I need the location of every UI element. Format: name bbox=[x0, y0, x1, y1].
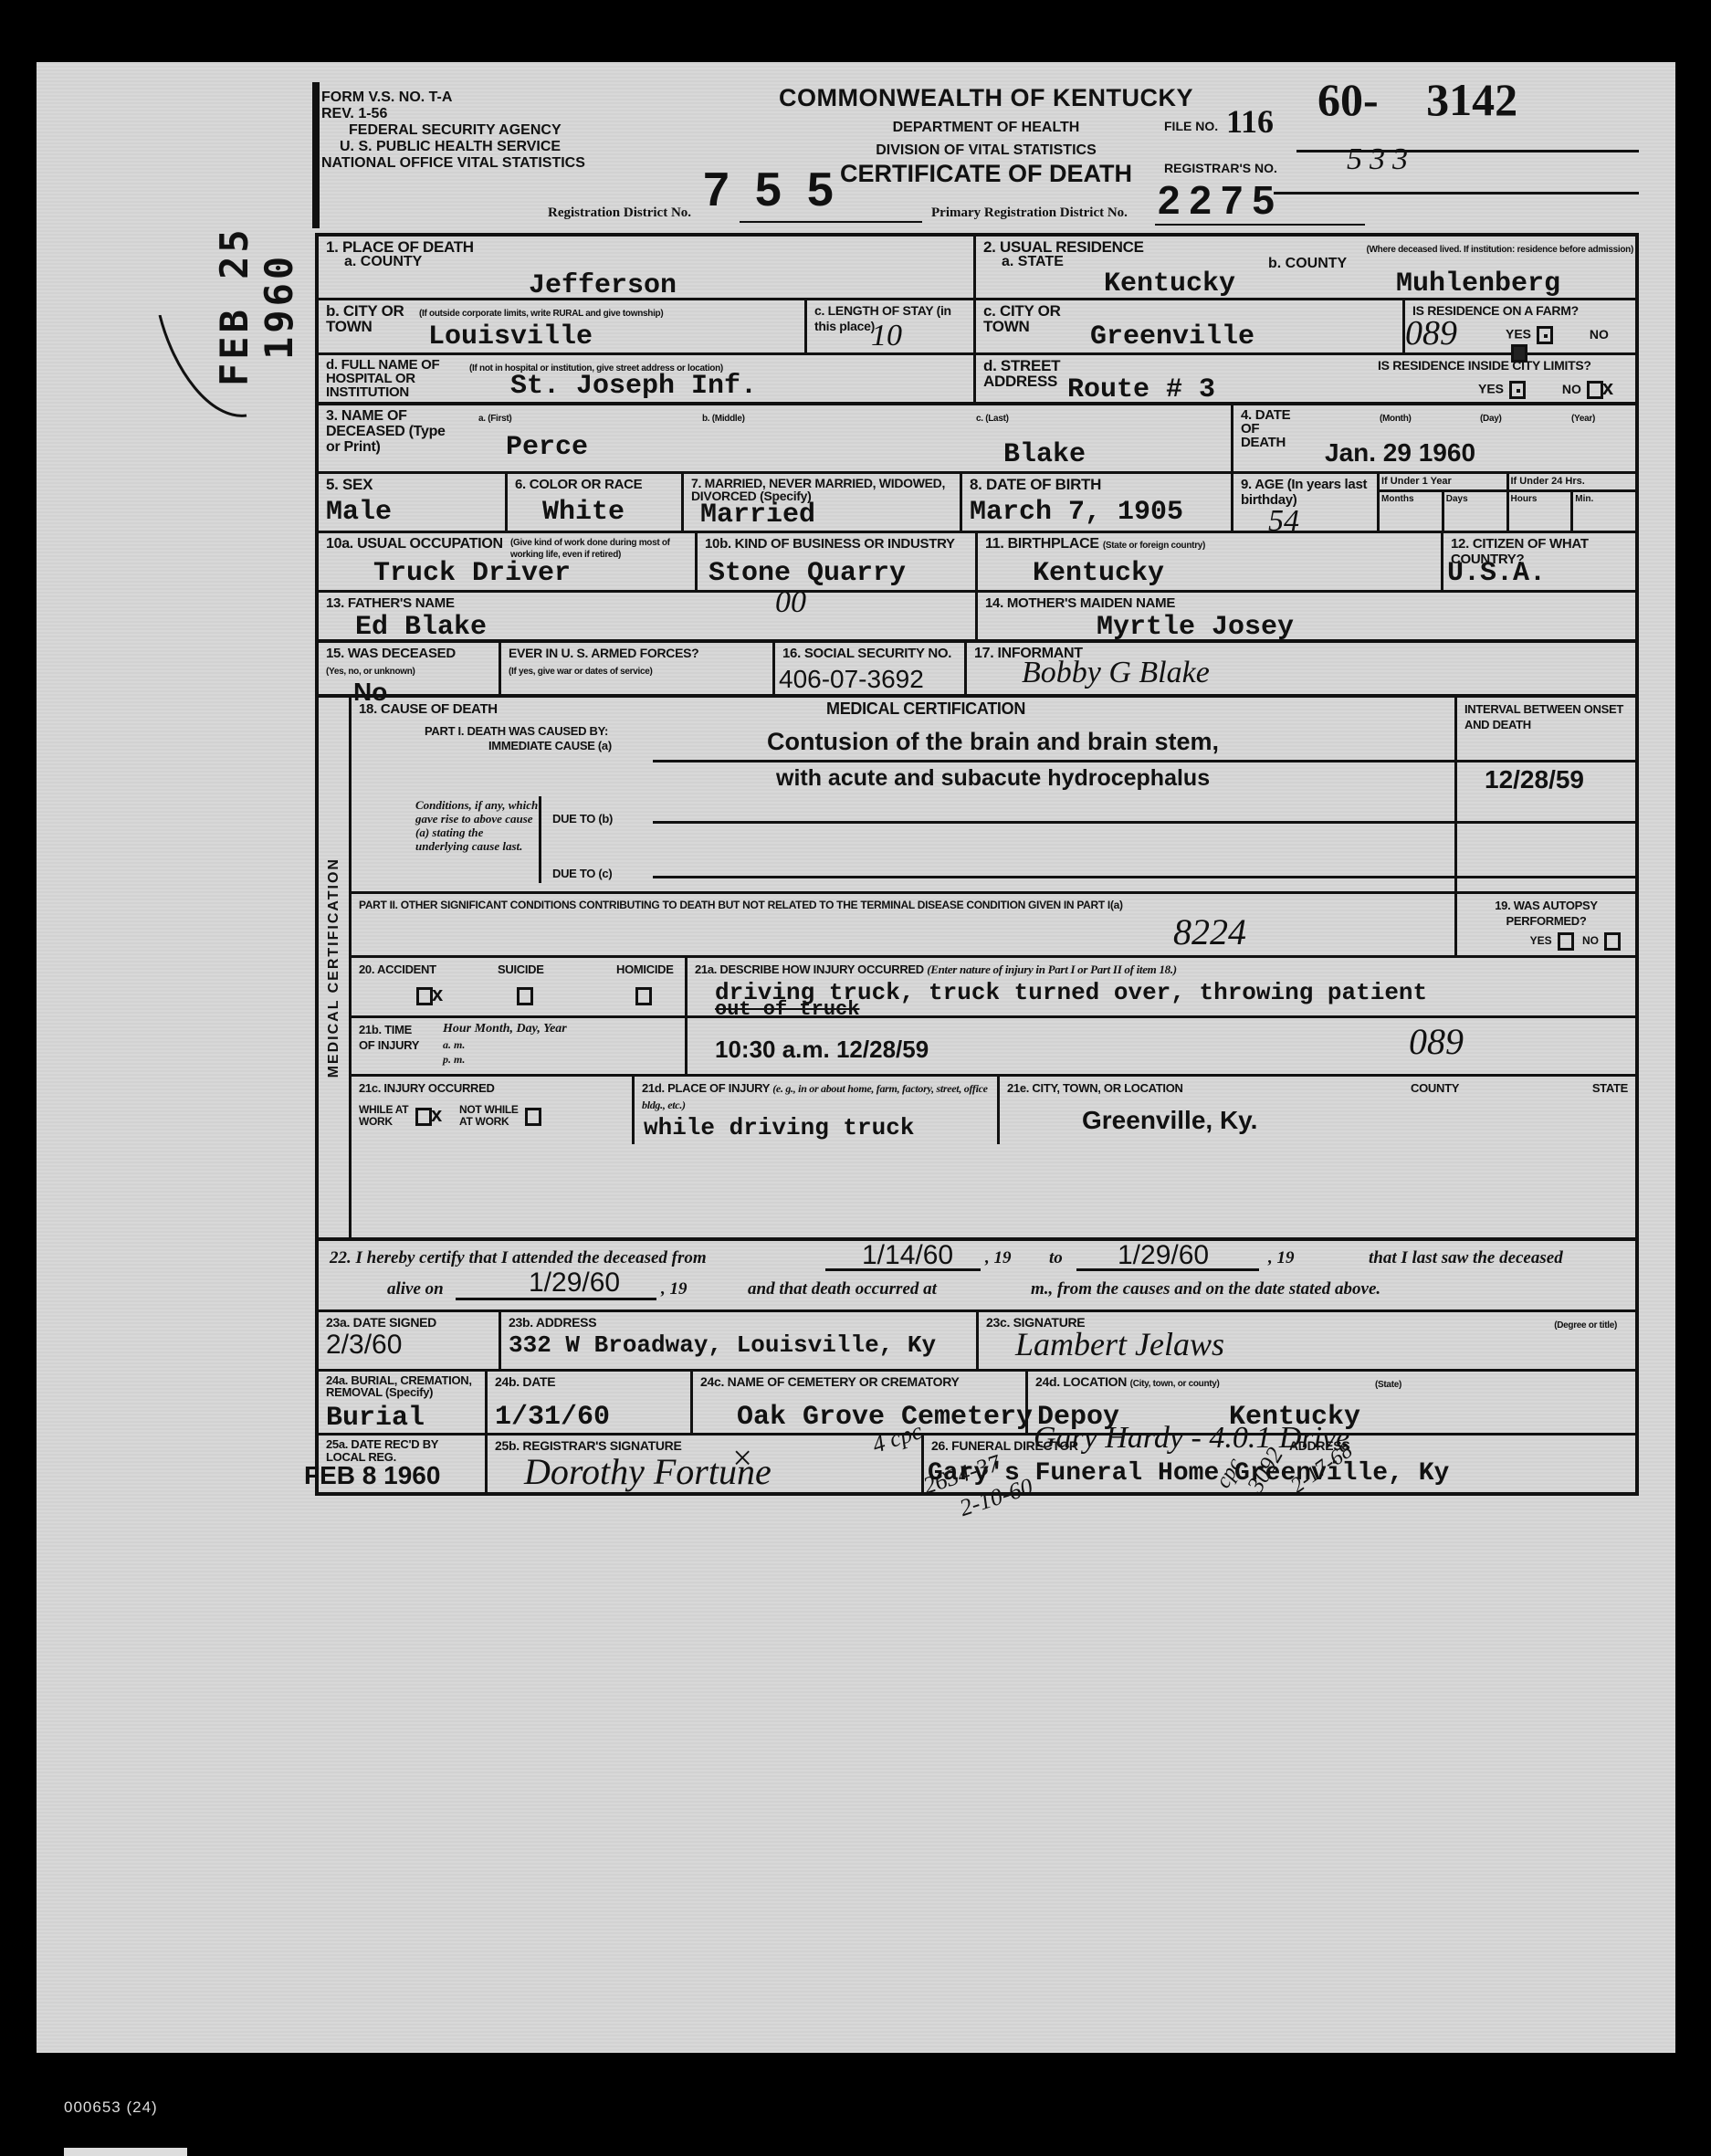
residence-county-label: b. COUNTY bbox=[1250, 257, 1347, 271]
ssn-value: 406-07-3692 bbox=[779, 665, 924, 694]
hospital-label: d. FULL NAME OF HOSPITAL OR INSTITUTION bbox=[326, 358, 463, 399]
injury-city-value: Greenville, Ky. bbox=[1082, 1106, 1257, 1135]
injury-description-struck: out of truck bbox=[715, 1000, 859, 1020]
age-label: 9. AGE (In years last birthday) bbox=[1241, 477, 1370, 508]
registrar-no-label: REGISTRAR'S NO. bbox=[1164, 161, 1277, 175]
physician-address-label: 23b. ADDRESS bbox=[509, 1315, 969, 1330]
street-label: d. STREET ADDRESS bbox=[983, 358, 1065, 389]
disposition-value: Burial bbox=[326, 1404, 478, 1433]
homicide-label: HOMICIDE bbox=[616, 962, 674, 977]
date-signed-field: 23a. DATE SIGNED 2/3/60 bbox=[319, 1312, 501, 1369]
dod-year-label: (Year) bbox=[1571, 414, 1595, 424]
armed-label: 15. WAS DECEASED bbox=[326, 646, 491, 661]
place-of-death-label: 1. PLACE OF DEATH bbox=[326, 239, 966, 255]
cause-b-line bbox=[653, 821, 1454, 824]
nineteen-label-3: , 19 bbox=[661, 1279, 688, 1299]
parents-row: 13. FATHER'S NAME Ed Blake 00 14. MOTHER… bbox=[319, 593, 1635, 643]
injury-state-label: STATE bbox=[1592, 1080, 1628, 1096]
part1-label: PART I. DEATH WAS CAUSED BY: bbox=[425, 723, 608, 739]
occupation-value: Truck Driver bbox=[373, 559, 571, 588]
primary-reg-district-underline bbox=[1155, 224, 1365, 226]
autopsy-yes-label: YES bbox=[1530, 934, 1552, 947]
county-label: a. COUNTY bbox=[326, 255, 966, 269]
business-field: 10b. KIND OF BUSINESS OR INDUSTRY Stone … bbox=[698, 533, 978, 590]
interval-label: INTERVAL BETWEEN ONSET AND DEATH bbox=[1464, 701, 1628, 732]
sex-value: Male bbox=[326, 498, 498, 527]
time-of-injury-field: 10:30 a.m. 12/28/59 089 bbox=[688, 1018, 1635, 1074]
date-signed-value: 2/3/60 bbox=[326, 1330, 491, 1360]
accident-label: 20. ACCIDENT bbox=[359, 962, 436, 977]
residence-street-value: Route # 3 bbox=[1067, 375, 1215, 405]
place-of-death-block: 1. PLACE OF DEATH a. COUNTY Jefferson b.… bbox=[319, 237, 976, 402]
cause-a-line-2: with acute and subacute hydrocephalus bbox=[776, 763, 1210, 793]
homicide-checkbox[interactable] bbox=[635, 987, 652, 1005]
city-limits-yes-checkbox[interactable] bbox=[1509, 381, 1526, 399]
armed-service-note: (If yes, give war or dates of service) bbox=[509, 667, 653, 677]
time-columns-label: Hour Month, Day, Year bbox=[443, 1022, 567, 1036]
alive-on-label: alive on bbox=[387, 1279, 444, 1299]
certificate-form: 1. PLACE OF DEATH a. COUNTY Jefferson b.… bbox=[315, 233, 1639, 1496]
last-name-value: Blake bbox=[1003, 440, 1086, 469]
header-rule bbox=[312, 82, 320, 228]
residence-city-label: c. CITY OR TOWN bbox=[983, 303, 1065, 334]
physician-signature: Lambert Jelaws bbox=[1015, 1325, 1224, 1363]
to-label: to bbox=[1049, 1248, 1063, 1268]
place-of-injury-field: 21d. PLACE OF INJURY (e. g., in or about… bbox=[635, 1077, 1000, 1144]
under-24-hrs-label: If Under 24 Hrs. bbox=[1509, 474, 1636, 489]
file-no-prefix: 116 bbox=[1226, 102, 1274, 141]
degree-label: (Degree or title) bbox=[1554, 1320, 1617, 1330]
due-to-c-label: DUE TO (c) bbox=[552, 866, 612, 881]
vitals-row: 5. SEX Male 6. COLOR OR RACE White 7. MA… bbox=[319, 474, 1635, 533]
registrar-no-value: 533 bbox=[1347, 142, 1415, 177]
burial-row: 24a. BURIAL, CREMATION, REMOVAL (Specify… bbox=[319, 1372, 1635, 1436]
part2-label: PART II. OTHER SIGNIFICANT CONDITIONS CO… bbox=[359, 898, 1447, 913]
death-city-value: Louisville bbox=[428, 322, 593, 352]
cause-of-death-field: 18. CAUSE OF DEATH MEDICAL CERTIFICATION… bbox=[352, 698, 1457, 891]
certify-text-2: that I last saw the deceased bbox=[1369, 1248, 1563, 1268]
medical-heading: MEDICAL CERTIFICATION bbox=[826, 701, 1025, 717]
conditions-bracket bbox=[539, 796, 541, 883]
attendance-certification: 22. I hereby certify that I attended the… bbox=[319, 1241, 1635, 1312]
residence-county-code: 089 bbox=[1405, 313, 1457, 353]
suicide-label: SUICIDE bbox=[498, 962, 544, 977]
city-limits-yes-label: YES bbox=[1478, 382, 1504, 396]
primary-reg-district-label: Primary Registration District No. bbox=[931, 205, 1128, 221]
time-of-injury-row: 21b. TIME OF INJURY Hour Month, Day, Yea… bbox=[352, 1018, 1635, 1077]
first-name-label: a. (First) bbox=[478, 414, 511, 424]
date-signed-label: 23a. DATE SIGNED bbox=[326, 1315, 491, 1330]
hours-label: Hours bbox=[1509, 492, 1574, 531]
mother-label: 14. MOTHER'S MAIDEN NAME bbox=[985, 595, 1628, 611]
division-title: DIVISION OF VITAL STATISTICS bbox=[730, 142, 1242, 158]
injury-desc-note: (Enter nature of injury in Part I or Par… bbox=[927, 962, 1177, 976]
residence-state-county-field: 2. USUAL RESIDENCE (Where deceased lived… bbox=[976, 237, 1635, 300]
name-label: 3. NAME OF DECEASED (Type or Print) bbox=[326, 408, 454, 455]
citizen-value: U.S.A. bbox=[1447, 559, 1546, 588]
occupation-field: 10a. USUAL OCCUPATION (Give kind of work… bbox=[319, 533, 698, 590]
attended-from-value: 1/14/60 bbox=[862, 1241, 953, 1270]
burial-state-note: (State) bbox=[1375, 1380, 1401, 1390]
burial-location-label: 24d. LOCATION bbox=[1035, 1374, 1127, 1389]
burial-date-value: 1/31/60 bbox=[495, 1403, 683, 1432]
residence-note: (Where deceased lived. If institution: r… bbox=[1367, 245, 1634, 255]
nineteen-label-2: , 19 bbox=[1268, 1248, 1295, 1268]
middle-name-label: b. (Middle) bbox=[702, 414, 745, 424]
interval-a-value: 12/28/59 bbox=[1485, 765, 1584, 794]
residence-city-value: Greenville bbox=[1090, 322, 1254, 352]
race-value: White bbox=[515, 498, 674, 527]
father-label: 13. FATHER'S NAME bbox=[326, 595, 968, 611]
informant-field: 17. INFORMANT Bobby G Blake bbox=[967, 643, 1635, 694]
funeral-director-handwritten: Gary Hardy - 4.0.1 Drive bbox=[1034, 1421, 1349, 1456]
usual-residence-block: 2. USUAL RESIDENCE (Where deceased lived… bbox=[976, 237, 1635, 402]
burial-location-note: (City, town, or county) bbox=[1130, 1379, 1220, 1389]
residence-street-field: d. STREET ADDRESS IS RESIDENCE INSIDE CI… bbox=[976, 355, 1635, 402]
marital-label: 7. MARRIED, NEVER MARRIED, WIDOWED, DIVO… bbox=[691, 477, 952, 502]
age-under-field: If Under 1 Year If Under 24 Hrs. Months … bbox=[1380, 474, 1635, 531]
suicide-checkbox[interactable] bbox=[517, 987, 533, 1005]
injury-county-label: COUNTY bbox=[1411, 1080, 1459, 1096]
city-label: b. CITY OR TOWN bbox=[326, 303, 426, 334]
cemetery-value: Oak Grove Cemetery bbox=[700, 1403, 1018, 1432]
residence-city-field: c. CITY OR TOWN Greenville bbox=[976, 300, 1405, 352]
burial-date-field: 24b. DATE 1/31/60 bbox=[488, 1372, 693, 1433]
hospital-value: St. Joseph Inf. bbox=[510, 372, 757, 401]
part2-code: 8224 bbox=[1173, 910, 1246, 953]
part2-row: PART II. OTHER SIGNIFICANT CONDITIONS CO… bbox=[352, 894, 1635, 958]
dod-month-label: (Month) bbox=[1380, 414, 1412, 424]
cause-a-line bbox=[653, 760, 1454, 762]
date-received-label: 25a. DATE REC'D BY LOCAL REG. bbox=[326, 1438, 454, 1464]
armed-note: (Yes, no, or unknown) bbox=[326, 667, 415, 677]
injury-occurred-label: 21c. INJURY OCCURRED bbox=[359, 1080, 625, 1096]
death-city-row: b. CITY OR TOWN (If outside corporate li… bbox=[319, 300, 973, 355]
reg-district-underline bbox=[740, 221, 922, 223]
citizenship-field: 12. CITIZEN OF WHAT COUNTRY? U.S.A. bbox=[1443, 533, 1635, 590]
file-no-value: 60- 3142 bbox=[1317, 73, 1517, 126]
cause-of-death-block: 18. CAUSE OF DEATH MEDICAL CERTIFICATION… bbox=[352, 698, 1635, 894]
cemetery-field: 24c. NAME OF CEMETERY OR CREMATORY Oak G… bbox=[693, 1372, 1028, 1433]
injury-at-work-field: 21c. INJURY OCCURRED WHILE AT WORK NOT W… bbox=[352, 1077, 635, 1144]
annotation-x-mark: × bbox=[730, 1438, 754, 1478]
accident-checkbox[interactable] bbox=[416, 987, 433, 1005]
agency-line-2: U. S. PUBLIC HEALTH SERVICE bbox=[321, 139, 585, 155]
farm-no-label: NO bbox=[1590, 327, 1609, 342]
manner-of-death-field: 20. ACCIDENT SUICIDE HOMICIDE bbox=[352, 958, 688, 1015]
physician-address-field: 23b. ADDRESS 332 W Broadway, Louisville,… bbox=[501, 1312, 979, 1369]
pm-label: p. m. bbox=[443, 1053, 465, 1067]
marital-value: Married bbox=[691, 500, 952, 530]
microfilm-frame-code: 000653 (24) bbox=[64, 2098, 158, 2117]
dod-day-label: (Day) bbox=[1480, 414, 1502, 424]
agency-line-3: NATIONAL OFFICE VITAL STATISTICS bbox=[321, 155, 585, 172]
disposition-field: 24a. BURIAL, CREMATION, REMOVAL (Specify… bbox=[319, 1372, 488, 1433]
business-label: 10b. KIND OF BUSINESS OR INDUSTRY bbox=[705, 536, 968, 552]
first-name-value: Perce bbox=[506, 433, 588, 462]
reg-district-value: 755 bbox=[703, 163, 859, 217]
interval-field: INTERVAL BETWEEN ONSET AND DEATH 12/28/5… bbox=[1457, 698, 1635, 891]
race-label: 6. COLOR OR RACE bbox=[515, 477, 674, 492]
date-of-death-field: 4. DATE OF DEATH (Month) (Day) (Year) Ja… bbox=[1233, 405, 1635, 471]
age-field: 9. AGE (In years last birthday) 54 bbox=[1233, 474, 1380, 531]
city-note: (If outside corporate limits, write RURA… bbox=[419, 309, 663, 319]
death-city-field: b. CITY OR TOWN (If outside corporate li… bbox=[319, 300, 807, 352]
injury-city-field: 21e. CITY, TOWN, OR LOCATION COUNTY STAT… bbox=[1000, 1077, 1635, 1144]
farm-yes-checkbox[interactable] bbox=[1537, 326, 1553, 344]
residence-county-value: Muhlenberg bbox=[1396, 269, 1560, 299]
last-name-label: c. (Last) bbox=[976, 414, 1009, 424]
form-number: FORM V.S. NO. T-A bbox=[321, 89, 585, 106]
city-limits-label: IS RESIDENCE INSIDE CITY LIMITS? bbox=[1378, 358, 1591, 373]
dob-field: 8. DATE OF BIRTH March 7, 1905 bbox=[962, 474, 1233, 531]
part2-field: PART II. OTHER SIGNIFICANT CONDITIONS CO… bbox=[352, 894, 1457, 955]
occupation-note: (Give kind of work done during most of w… bbox=[510, 538, 670, 560]
ssn-label: 16. SOCIAL SECURITY NO. bbox=[782, 646, 957, 661]
certify-text-1: 22. I hereby certify that I attended the… bbox=[330, 1248, 707, 1268]
manner-row: 20. ACCIDENT SUICIDE HOMICIDE 21a. DESCR… bbox=[352, 958, 1635, 1018]
birthplace-label: 11. BIRTHPLACE bbox=[985, 536, 1099, 552]
disposition-label: 24a. BURIAL, CREMATION, REMOVAL (Specify… bbox=[326, 1374, 478, 1398]
armed-service-label: EVER IN U. S. ARMED FORCES? bbox=[509, 646, 765, 661]
autopsy-no-checkbox[interactable] bbox=[1604, 932, 1621, 951]
residence-city-row: c. CITY OR TOWN Greenville IS RESIDENCE … bbox=[976, 300, 1635, 355]
birthplace-note: (State or foreign country) bbox=[1103, 541, 1205, 551]
sex-field: 5. SEX Male bbox=[319, 474, 508, 531]
farm-yes-label: YES bbox=[1506, 327, 1531, 342]
cause-a-line-1: Contusion of the brain and brain stem, bbox=[767, 727, 1219, 756]
father-value: Ed Blake bbox=[355, 613, 487, 642]
residence-state-value: Kentucky bbox=[1104, 269, 1235, 299]
months-label: Months bbox=[1380, 492, 1444, 531]
autopsy-label: 19. WAS AUTOPSY PERFORMED? bbox=[1464, 898, 1628, 929]
medical-certification-section: MEDICAL CERTIFICATION 18. CAUSE OF DEATH… bbox=[319, 698, 1635, 1241]
hospital-field: d. FULL NAME OF HOSPITAL OR INSTITUTION … bbox=[319, 355, 973, 402]
received-date-stamp: FEB 25 1960 bbox=[212, 183, 267, 429]
primary-reg-district-value: 2275 bbox=[1158, 178, 1284, 224]
attended-to-value: 1/29/60 bbox=[1118, 1241, 1209, 1270]
father-field: 13. FATHER'S NAME Ed Blake 00 bbox=[319, 593, 978, 639]
min-label: Min. bbox=[1573, 492, 1635, 531]
injury-desc-label: 21a. DESCRIBE HOW INJURY OCCURRED bbox=[695, 962, 924, 976]
file-no-label: FILE NO. bbox=[1164, 119, 1218, 133]
autopsy-no-label: NO bbox=[1582, 934, 1599, 947]
injury-location-row: 21c. INJURY OCCURRED WHILE AT WORK NOT W… bbox=[352, 1077, 1635, 1144]
business-value: Stone Quarry bbox=[709, 559, 906, 588]
form-revision: REV. 1-56 bbox=[321, 106, 585, 122]
sex-label: 5. SEX bbox=[326, 477, 498, 492]
ssn-field: 16. SOCIAL SECURITY NO. 406-07-3692 bbox=[775, 643, 967, 694]
occupation-row: 10a. USUAL OCCUPATION (Give kind of work… bbox=[319, 533, 1635, 593]
dob-label: 8. DATE OF BIRTH bbox=[970, 477, 1223, 492]
stay-value: 10 bbox=[871, 319, 902, 353]
city-limits-no-checkbox[interactable] bbox=[1587, 381, 1603, 399]
dob-value: March 7, 1905 bbox=[970, 498, 1223, 527]
registrar-no-underline bbox=[1274, 192, 1639, 195]
agency-line-1: FEDERAL SECURITY AGENCY bbox=[321, 122, 585, 139]
armed-service-field: EVER IN U. S. ARMED FORCES? (If yes, giv… bbox=[501, 643, 775, 694]
time-county-code: 089 bbox=[1409, 1020, 1464, 1063]
death-county-value: Jefferson bbox=[529, 271, 677, 300]
alive-on-value: 1/29/60 bbox=[529, 1268, 620, 1298]
mother-value: Myrtle Josey bbox=[1097, 613, 1294, 642]
cemetery-label: 24c. NAME OF CEMETERY OR CREMATORY bbox=[700, 1374, 1018, 1390]
city-limits-no-label: NO bbox=[1562, 382, 1581, 396]
injury-description-field: 21a. DESCRIBE HOW INJURY OCCURRED (Enter… bbox=[688, 958, 1635, 1015]
place-of-injury-value: while driving truck bbox=[644, 1113, 914, 1142]
physician-signature-field: 23c. SIGNATURE (Degree or title) Lambert… bbox=[979, 1312, 1635, 1369]
while-at-work-checkbox[interactable] bbox=[415, 1108, 432, 1126]
date-received-field: 25a. DATE REC'D BY LOCAL REG. FEB 8 1960 bbox=[319, 1436, 488, 1492]
informant-signature: Bobby G Blake bbox=[1022, 656, 1210, 690]
race-field: 6. COLOR OR RACE White bbox=[508, 474, 684, 531]
dod-value: Jan. 29 1960 bbox=[1325, 438, 1475, 468]
cause-c-line bbox=[653, 876, 1454, 878]
time-of-injury-value: 10:30 a.m. 12/28/59 bbox=[715, 1035, 929, 1064]
signature-row: 23a. DATE SIGNED 2/3/60 23b. ADDRESS 332… bbox=[319, 1312, 1635, 1372]
nineteen-label-1: , 19 bbox=[985, 1248, 1012, 1268]
father-code: 00 bbox=[775, 585, 806, 620]
autopsy-yes-checkbox[interactable] bbox=[1558, 932, 1574, 951]
autopsy-field: 19. WAS AUTOPSY PERFORMED? YES NO bbox=[1457, 894, 1635, 955]
deceased-name-field: 3. NAME OF DECEASED (Type or Print) a. (… bbox=[319, 405, 1233, 471]
certify-text-3: and that death occurred at bbox=[748, 1279, 937, 1299]
service-informant-row: 15. WAS DECEASED (Yes, no, or unknown) N… bbox=[319, 643, 1635, 698]
due-to-b-label: DUE TO (b) bbox=[552, 811, 613, 826]
reg-district-label: Registration District No. bbox=[548, 205, 691, 221]
microfilm-frame-bar bbox=[64, 2148, 187, 2156]
under-1-year-label: If Under 1 Year bbox=[1380, 474, 1509, 489]
birthplace-value: Kentucky bbox=[1033, 559, 1164, 588]
not-while-at-work-label: NOT WHILE AT WORK bbox=[459, 1104, 523, 1128]
physician-address-value: 332 W Broadway, Louisville, Ky bbox=[509, 1330, 969, 1360]
name-row: 3. NAME OF DECEASED (Type or Print) a. (… bbox=[319, 405, 1635, 474]
marital-field: 7. MARRIED, NEVER MARRIED, WIDOWED, DIVO… bbox=[684, 474, 962, 531]
time-of-injury-label-field: 21b. TIME OF INJURY Hour Month, Day, Yea… bbox=[352, 1018, 688, 1074]
birthplace-field: 11. BIRTHPLACE (State or foreign country… bbox=[978, 533, 1443, 590]
certify-text-4: m., from the causes and on the date stat… bbox=[1031, 1279, 1380, 1299]
place-of-injury-label: 21d. PLACE OF INJURY bbox=[642, 1081, 770, 1095]
days-label: Days bbox=[1444, 492, 1509, 531]
commonwealth-title: COMMONWEALTH OF KENTUCKY bbox=[730, 84, 1242, 112]
date-received-stamp: FEB 8 1960 bbox=[304, 1461, 440, 1490]
registrar-signature-field: 25b. REGISTRAR'S SIGNATURE Dorothy Fortu… bbox=[488, 1436, 924, 1492]
form-identifier: FORM V.S. NO. T-A REV. 1-56 FEDERAL SECU… bbox=[321, 89, 585, 172]
mother-field: 14. MOTHER'S MAIDEN NAME Myrtle Josey bbox=[978, 593, 1635, 639]
place-residence-section: 1. PLACE OF DEATH a. COUNTY Jefferson b.… bbox=[319, 237, 1635, 405]
not-while-at-work-checkbox[interactable] bbox=[525, 1108, 541, 1126]
injury-city-label: 21e. CITY, TOWN, OR LOCATION bbox=[1007, 1080, 1628, 1096]
burial-date-label: 24b. DATE bbox=[495, 1374, 683, 1390]
while-at-work-label: WHILE AT WORK bbox=[359, 1104, 414, 1128]
armed-field: 15. WAS DECEASED (Yes, no, or unknown) N… bbox=[319, 643, 501, 694]
farm-question-field: IS RESIDENCE ON A FARM? 089 YES NO bbox=[1405, 300, 1635, 352]
am-label: a. m. bbox=[443, 1038, 465, 1052]
death-county-field: 1. PLACE OF DEATH a. COUNTY Jefferson bbox=[319, 237, 973, 300]
medical-side-label: MEDICAL CERTIFICATION bbox=[319, 698, 352, 1237]
conditions-note: Conditions, if any, which gave rise to a… bbox=[415, 798, 539, 853]
immediate-cause-label: IMMEDIATE CAUSE (a) bbox=[488, 738, 612, 753]
dod-label: 4. DATE OF DEATH bbox=[1241, 408, 1296, 449]
length-of-stay-field: c. LENGTH OF STAY (in this place) 10 bbox=[807, 300, 973, 352]
time-of-injury-label: 21b. TIME OF INJURY bbox=[359, 1022, 423, 1053]
